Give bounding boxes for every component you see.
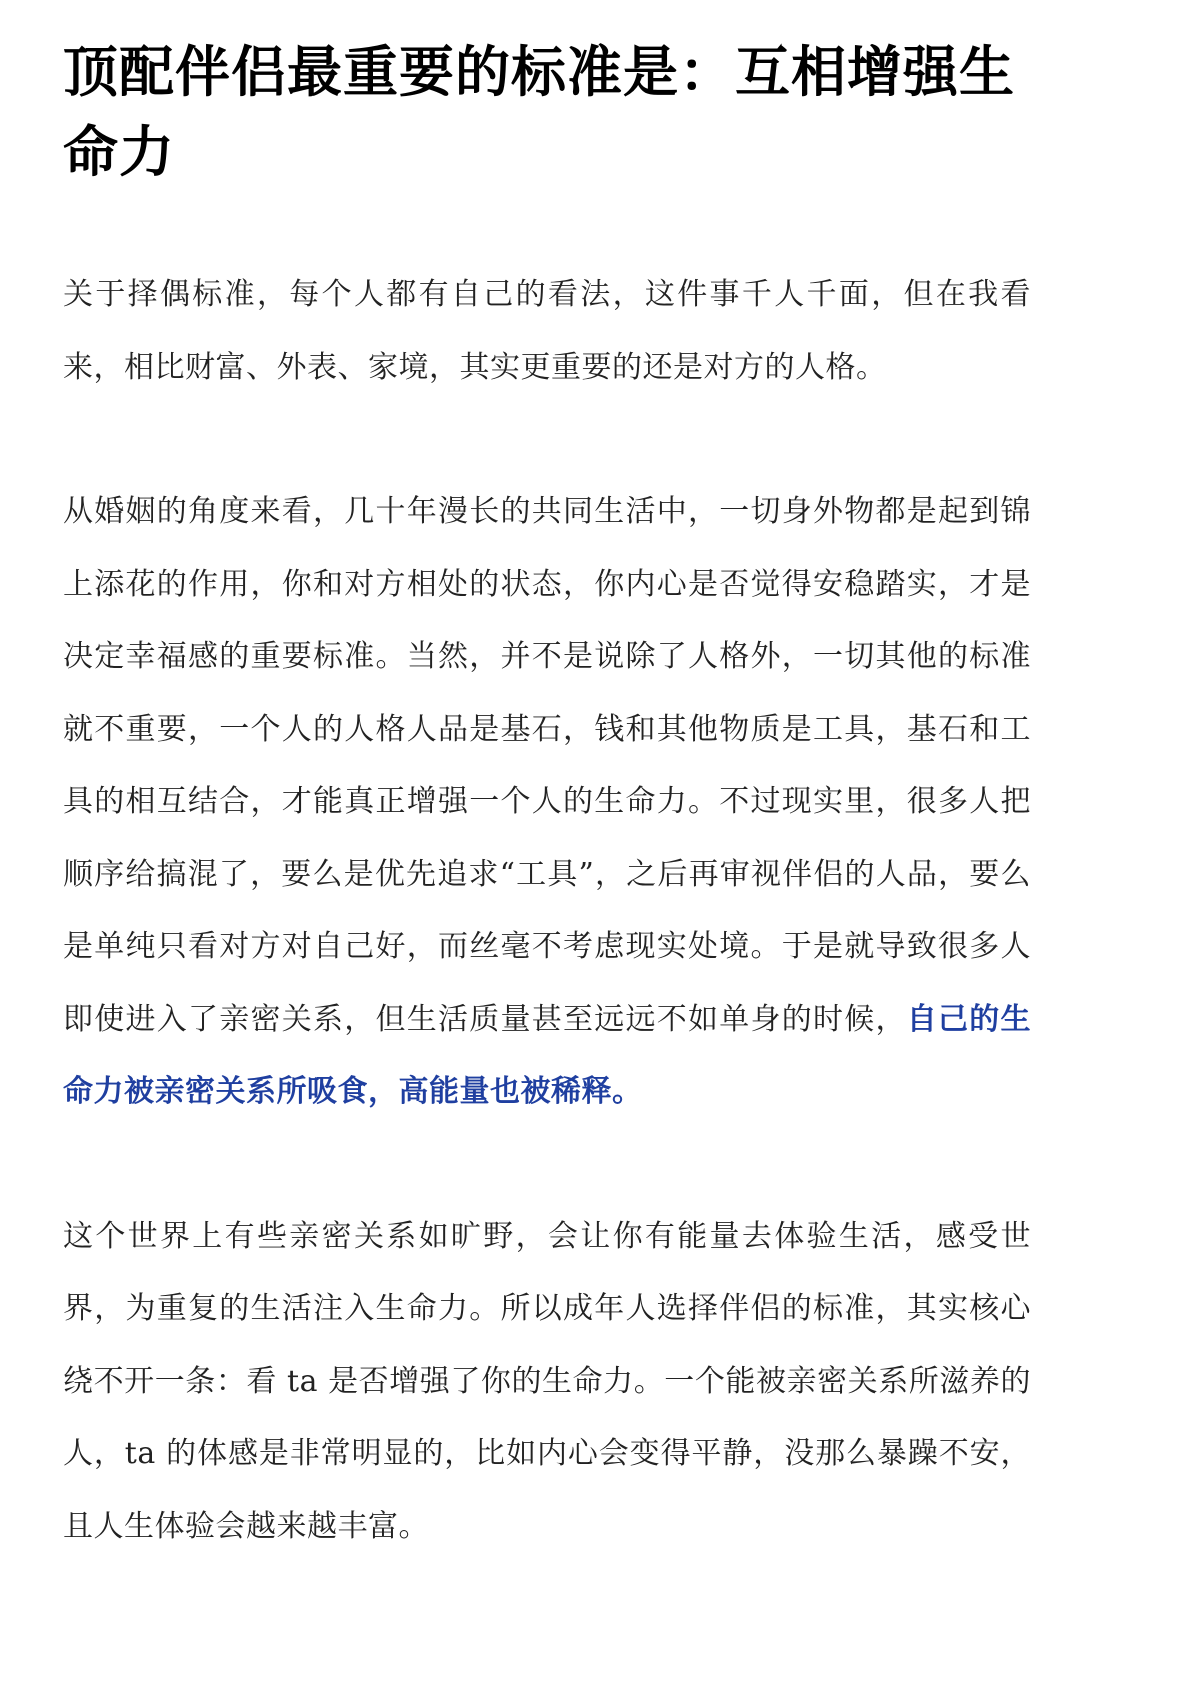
article: 顶配伴侣最重要的标准是：互相增强生命力 关于择偶标准，每个人都有自己的看法，这件… bbox=[63, 0, 1031, 1563]
paragraph-1: 关于择偶标准，每个人都有自己的看法，这件事千人千面，但在我看来，相比财富、外表、… bbox=[63, 259, 1031, 404]
paragraph-1-text: 关于择偶标准，每个人都有自己的看法，这件事千人千面，但在我看来，相比财富、外表、… bbox=[63, 277, 1031, 385]
paragraph-2: 从婚姻的角度来看，几十年漫长的共同生活中，一切身外物都是起到锦上添花的作用，你和… bbox=[63, 476, 1031, 1129]
article-title: 顶配伴侣最重要的标准是：互相增强生命力 bbox=[63, 0, 1031, 192]
paragraph-2-text: 从婚姻的角度来看，几十年漫长的共同生活中，一切身外物都是起到锦上添花的作用，你和… bbox=[63, 494, 1031, 1037]
paragraph-3-text: 这个世界上有些亲密关系如旷野，会让你有能量去体验生活，感受世界，为重复的生活注入… bbox=[63, 1219, 1031, 1544]
paragraph-3: 这个世界上有些亲密关系如旷野，会让你有能量去体验生活，感受世界，为重复的生活注入… bbox=[63, 1201, 1031, 1564]
